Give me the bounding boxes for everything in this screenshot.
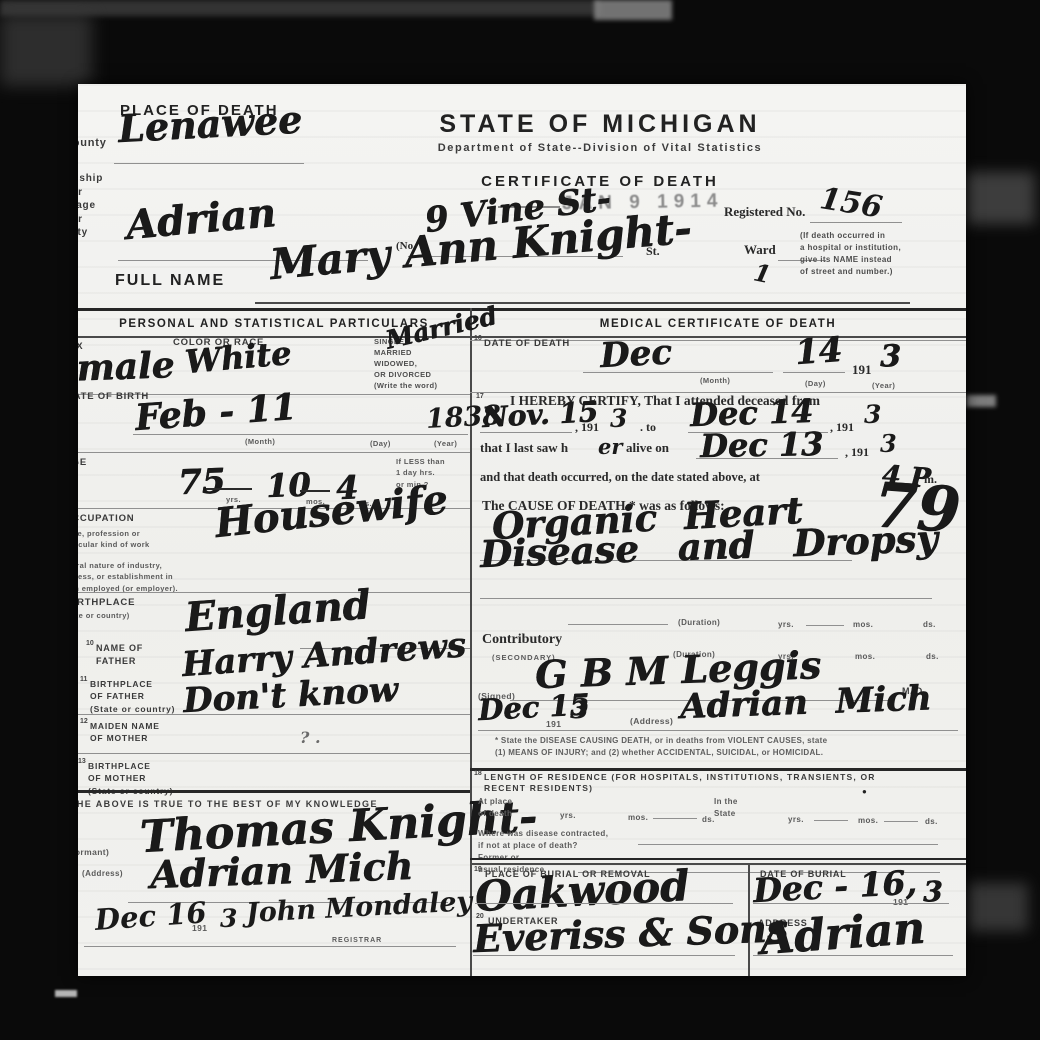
dod-underline-month [583, 372, 773, 373]
registrar-signature: John Mondaley [245, 888, 473, 927]
county-value: Lenawee [117, 100, 303, 148]
mother-name-sup: 12 [80, 718, 88, 725]
scan-noise [55, 990, 77, 997]
attended-to-label: . to [640, 420, 656, 435]
scan-noise [0, 14, 92, 86]
burial-underline-1 [475, 903, 733, 904]
ward-value: 1 [752, 260, 773, 287]
mother-name-label: MAIDEN NAME OF MOTHER [90, 720, 160, 745]
scan-noise [963, 172, 1035, 224]
dod-label: DATE OF DEATH [484, 337, 570, 351]
scan-noise [0, 0, 600, 16]
last-saw-h-value: er [598, 436, 622, 457]
sign-address-label: (Address) [630, 715, 673, 728]
filed-label: Filed [78, 922, 79, 936]
cause-underline-2 [480, 598, 932, 599]
informant-address-value: Adrian Mich [149, 847, 413, 894]
age-label: AGE [78, 456, 87, 470]
dob-year-sub: (Year) [434, 438, 457, 449]
sign-address-value: Adrian Mich [679, 681, 932, 724]
full-name-underline [255, 302, 910, 304]
filed-underline [84, 946, 456, 947]
sign-underline [478, 730, 958, 731]
informant-address-label: (Address) [82, 868, 123, 880]
last-saw-suffix: alive on [626, 440, 669, 456]
filed-year-printed: 191 [192, 922, 207, 935]
row-rule-6 [78, 753, 470, 754]
filed-year-value: 3 [220, 906, 237, 931]
last-saw-underline [696, 458, 838, 459]
hospital-note: (If death occurred in a hospital or inst… [800, 230, 940, 278]
dod-sup: 16 [474, 335, 482, 342]
occupation-label: OCCUPATION [78, 512, 134, 526]
residence-dash-3 [884, 821, 918, 822]
attended-underline-1 [480, 432, 572, 433]
scanned-death-certificate: PLACE OF DEATH County Lenawee Township o… [0, 0, 1040, 1040]
informant-label: (Informant) [78, 846, 109, 859]
residence-ds-2: ds. [925, 816, 938, 828]
header-divider [78, 308, 966, 311]
registrar-label: REGISTRAR [332, 936, 382, 947]
dob-underline [133, 434, 468, 435]
last-saw-year-printed: , 191 [845, 445, 869, 460]
state-title: STATE OF MICHIGAN [439, 110, 760, 139]
age-years-value: 75 [177, 464, 225, 500]
filed-date-value: Dec 16 [94, 898, 207, 935]
death-line: and that death occurred, on the date sta… [480, 470, 760, 485]
last-saw-prefix: that I last saw h [480, 440, 568, 456]
undertaker-underline-2 [753, 955, 953, 956]
dod-year-sub: (Year) [872, 380, 895, 391]
father-bp-label: BIRTHPLACE OF FATHER (State or country) [90, 678, 175, 715]
sign-year-value: 3 [570, 696, 589, 723]
birthplace-label: BIRTHPLACE [78, 596, 135, 610]
at-place-label: At place of death [478, 796, 512, 820]
sex-value: Female [78, 347, 175, 388]
ward-label: Ward [744, 242, 776, 258]
father-bp-sup: 11 [80, 676, 87, 683]
duration1-dash [806, 625, 844, 626]
county-label: County [78, 136, 107, 152]
dod-day-value: 14 [794, 333, 844, 370]
certificate-page: PLACE OF DEATH County Lenawee Township o… [78, 84, 966, 976]
undertaker-underline-1 [473, 955, 735, 956]
dob-month-sub: (Month) [245, 436, 275, 447]
last-saw-year-value: 3 [880, 432, 897, 456]
attended-to-year-value: 3 [864, 402, 881, 427]
duration1-label: (Duration) [678, 617, 720, 629]
dob-value: Feb - 11 [134, 389, 298, 436]
father-name-sup: 10 [86, 640, 94, 647]
in-state-label: In the State [714, 796, 738, 820]
residence-title: LENGTH OF RESIDENCE (FOR HOSPITALS, INST… [484, 772, 876, 794]
residence-yrs-1: yrs. [560, 810, 576, 822]
attended-from-year-printed: , 191 [575, 420, 599, 435]
father-bp-value: Don't know [182, 673, 399, 718]
residence-sup: 18 [474, 770, 482, 777]
registered-no-value: 156 [818, 184, 885, 223]
mother-name-value: ? . [300, 730, 321, 746]
contributory-label: Contributory [482, 632, 562, 648]
registered-no-label: Registered No. [724, 204, 805, 220]
dod-underline-day [783, 372, 845, 373]
duration1-line [568, 624, 668, 625]
undertaker-address-value: Adrian [758, 907, 926, 962]
dob-day-sub: (Day) [370, 438, 391, 449]
statement-divider [78, 790, 470, 793]
residence-ds-1: ds. [702, 814, 715, 826]
contracted-underline [638, 844, 938, 845]
dod-month-sub: (Month) [700, 375, 730, 386]
duration1-mos: mos. [853, 619, 873, 631]
dod-month-value: Dec [599, 335, 673, 373]
last-saw-date-value: Dec 13 [700, 428, 824, 462]
burial-year-value: 3 [923, 878, 942, 906]
duration2-ds: ds. [926, 651, 939, 663]
undertaker-value: Everiss & Sons [472, 909, 788, 958]
burial-divider-1 [470, 858, 966, 860]
certify-sup: 17 [476, 393, 484, 400]
residence-yrs-2: yrs. [788, 814, 804, 826]
duration2-mos: mos. [855, 651, 875, 663]
residence-divider [470, 768, 966, 771]
medical-section-title: MEDICAL CERTIFICATE OF DEATH [600, 318, 836, 330]
residence-dash-1 [653, 818, 697, 819]
duration1-yrs: yrs. [778, 619, 794, 631]
father-name-label: NAME OF FATHER [96, 642, 143, 668]
scan-noise [966, 395, 996, 407]
duration1-ds: ds. [923, 619, 936, 631]
attended-from-year-value: 3 [610, 406, 627, 431]
residence-mos-1: mos. [628, 812, 648, 824]
dod-year-printed: 191 [852, 362, 872, 378]
residence-dot: ● [862, 786, 867, 798]
row-rule-2 [78, 452, 470, 453]
mother-bp-sup: 13 [78, 758, 86, 765]
locality-label: Township or Village or City [78, 172, 106, 240]
birthplace-sub: (State or country) [78, 610, 130, 621]
registered-no-underline [810, 222, 902, 223]
birthplace-value: England [184, 585, 372, 638]
occupation-sub-b: General nature of industry, business, or… [78, 560, 178, 594]
occupation-sub-a: Trade, profession or particular kind of … [78, 528, 150, 551]
color-race-value: White [184, 337, 293, 378]
locality-value: Adrian [124, 193, 277, 246]
county-underline [114, 163, 304, 164]
row-rule-5 [78, 714, 470, 715]
scan-noise [594, 0, 672, 20]
full-name-label: FULL NAME [115, 272, 225, 290]
sign-year-printed: 191 [546, 718, 561, 731]
contracted-label: Where was disease contracted, if not at … [478, 828, 608, 852]
attended-to-year-printed: , 191 [830, 420, 854, 435]
department-line: Department of State--Division of Vital S… [438, 142, 763, 154]
dod-day-sub: (Day) [805, 378, 826, 389]
dod-year-value: 3 [880, 342, 901, 372]
age-dash-1 [206, 488, 252, 490]
residence-mos-2: mos. [858, 815, 878, 827]
footnote: * State the DISEASE CAUSING DEATH, or in… [495, 735, 827, 759]
residence-dash-2 [814, 820, 848, 821]
scan-noise [966, 883, 1028, 931]
